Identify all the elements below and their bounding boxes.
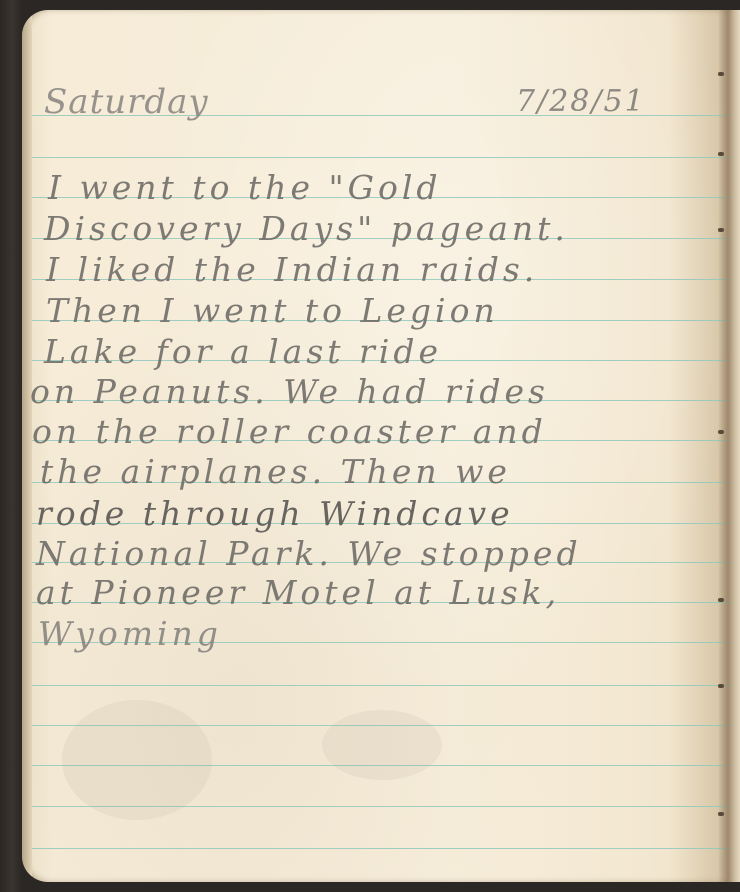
diary-line: I went to the "Gold — [48, 168, 442, 207]
diary-line: Wyoming — [38, 614, 222, 653]
binding-stitch — [718, 812, 724, 816]
diary-line: I liked the Indian raids. — [46, 250, 538, 289]
day-heading: Saturday — [44, 82, 209, 122]
diary-line: Lake for a last ride — [44, 332, 442, 371]
notebook-spine — [718, 10, 740, 882]
diary-line: National Park. We stopped — [36, 534, 582, 573]
eraser-smudge — [62, 700, 212, 820]
diary-line: Then I went to Legion — [46, 291, 499, 330]
scan-frame: Saturday 7/28/51 I went to the "Gold Dis… — [0, 0, 740, 892]
eraser-smudge — [322, 710, 442, 780]
binding-stitch — [718, 72, 724, 76]
diary-page: Saturday 7/28/51 I went to the "Gold Dis… — [22, 10, 740, 882]
ruled-line — [32, 157, 740, 158]
entry-date: 7/28/51 — [516, 84, 646, 119]
diary-line: on Peanuts. We had rides — [30, 372, 549, 411]
page-edge — [22, 10, 32, 882]
diary-line: the airplanes. Then we — [40, 452, 511, 491]
diary-line: rode through Windcave — [36, 494, 514, 533]
binding-stitch — [718, 430, 724, 434]
diary-line: Discovery Days" pageant. — [44, 209, 569, 248]
binding-stitch — [718, 152, 724, 156]
binding-stitch — [718, 598, 724, 602]
diary-line: on the roller coaster and — [32, 412, 547, 451]
ruled-line — [32, 848, 740, 849]
binding-stitch — [718, 228, 724, 232]
diary-line: at Pioneer Motel at Lusk, — [36, 573, 560, 612]
ruled-line — [32, 685, 740, 686]
binding-stitch — [718, 684, 724, 688]
